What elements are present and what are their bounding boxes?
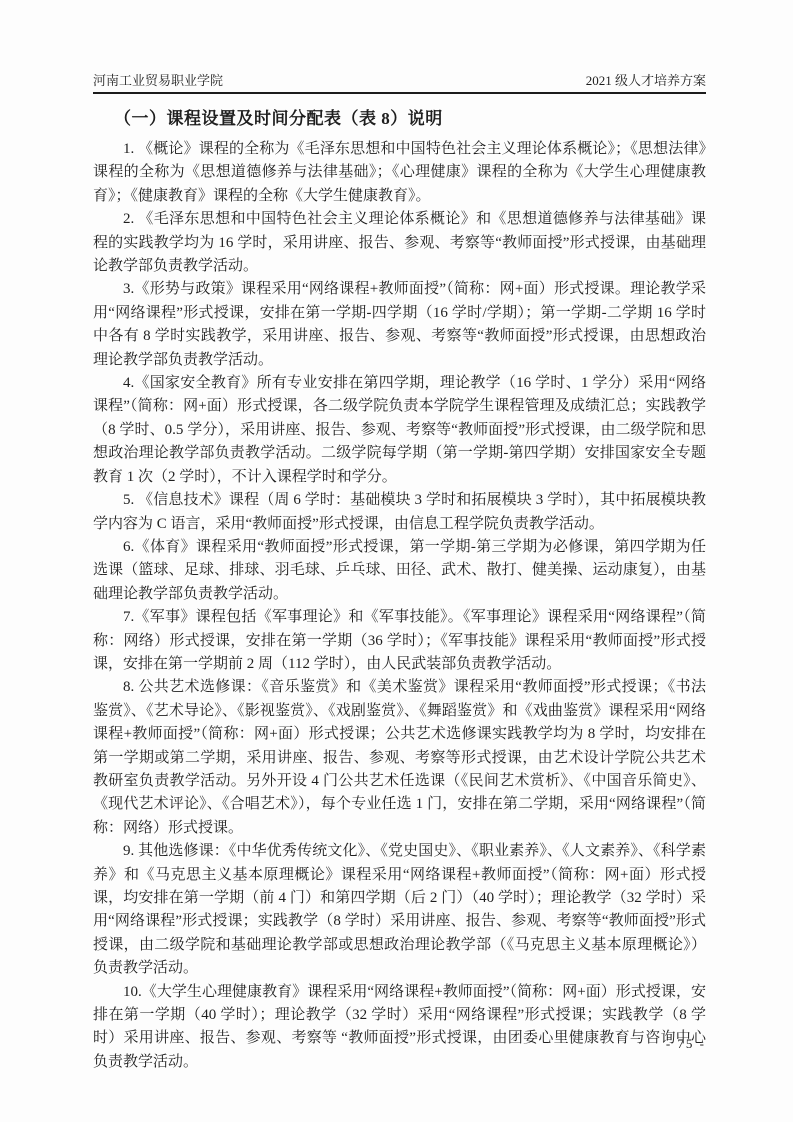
paragraph-9: 9. 其他选修课：《中华优秀传统文化》、《党史国史》、《职业素养》、《人文素养》… bbox=[93, 840, 706, 980]
document-page: 河南工业贸易职业学院 2021 级人才培养方案 （一）课程设置及时间分配表（表 … bbox=[0, 0, 793, 1122]
paragraph-3: 3.《形势与政策》课程采用“网络课程+教师面授”（简称：网+面）形式授课。理论教… bbox=[93, 278, 706, 372]
header-school-name: 河南工业贸易职业学院 bbox=[93, 70, 223, 89]
paragraph-1: 1. 《概论》课程的全称为《毛泽东思想和中国特色社会主义理论体系概论》；《思想法… bbox=[93, 138, 706, 208]
document-body: 1. 《概论》课程的全称为《毛泽东思想和中国特色社会主义理论体系概论》；《思想法… bbox=[93, 138, 706, 1074]
header-program-name: 2021 级人才培养方案 bbox=[586, 70, 706, 89]
paragraph-7: 7.《军事》课程包括《军事理论》和《军事技能》。《军事理论》课程采用“网络课程”… bbox=[93, 606, 706, 676]
paragraph-2: 2. 《毛泽东思想和中国特色社会主义理论体系概论》和《思想道德修养与法律基础》课… bbox=[93, 208, 706, 278]
page-header: 河南工业贸易职业学院 2021 级人才培养方案 bbox=[93, 70, 706, 94]
paragraph-8: 8. 公共艺术选修课：《音乐鉴赏》和《美术鉴赏》课程采用“教师面授”形式授课；《… bbox=[93, 676, 706, 840]
paragraph-10: 10.《大学生心理健康教育》课程采用“网络课程+教师面授”（简称：网+面）形式授… bbox=[93, 981, 706, 1075]
paragraph-4: 4.《国家安全教育》所有专业安排在第四学期，理论教学（16 学时、1 学分）采用… bbox=[93, 372, 706, 489]
paragraph-6: 6.《体育》课程采用“教师面授”形式授课，第一学期-第三学期为必修课，第四学期为… bbox=[93, 536, 706, 606]
section-title: （一）课程设置及时间分配表（表 8）说明 bbox=[93, 104, 706, 129]
page-footer: - 75 - bbox=[666, 1036, 706, 1052]
paragraph-5: 5. 《信息技术》课程（周 6 学时：基础模块 3 学时和拓展模块 3 学时），… bbox=[93, 489, 706, 536]
page-number: - 75 - bbox=[666, 1036, 706, 1051]
